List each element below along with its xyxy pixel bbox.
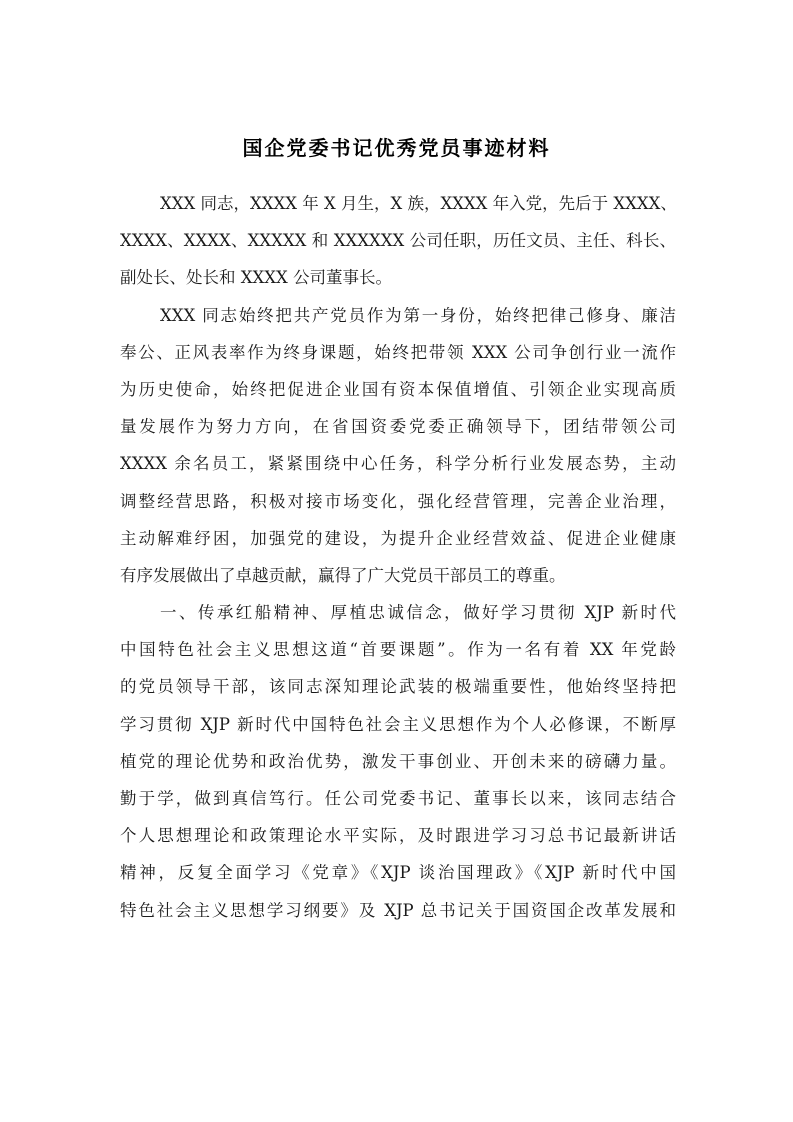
paragraph-line: 学习贯彻 XJP 新时代中国特色社会主义思想作为个人必修课，不断厚 <box>120 706 676 743</box>
document-body: XXX 同志，XXXX 年 X 月生，X 族，XXXX 年入党，先后于 XXXX… <box>120 185 676 929</box>
paragraph-line: 副处长、处长和 XXXX 公司董事长。 <box>120 259 676 296</box>
document-page: 国企党委书记优秀党员事迹材料 XXX 同志，XXXX 年 X 月生，X 族，XX… <box>0 0 793 1122</box>
document-title: 国企党委书记优秀党员事迹材料 <box>0 132 793 161</box>
paragraph-line: XXXX、XXXX、XXXXX 和 XXXXXX 公司任职，历任文员、主任、科长… <box>120 222 676 259</box>
paragraph-line: 量发展作为努力方向，在省国资委党委正确领导下，团结带领公司 <box>120 408 676 445</box>
paragraph-line: 为历史使命，始终把促进企业国有资本保值增值、引领企业实现高质 <box>120 371 676 408</box>
paragraph-line: 植党的理论优势和政治优势，激发干事创业、开创未来的磅礴力量。 <box>120 743 676 780</box>
paragraph-line: XXX 同志，XXXX 年 X 月生，X 族，XXXX 年入党，先后于 XXXX… <box>120 185 676 222</box>
paragraph-line: 特色社会主义思想学习纲要》及 XJP 总书记关于国资国企改革发展和 <box>120 892 676 929</box>
paragraph-line: 的党员领导干部，该同志深知理论武装的极端重要性，他始终坚持把 <box>120 668 676 705</box>
paragraph-line: 有序发展做出了卓越贡献，赢得了广大党员干部员工的尊重。 <box>120 557 676 594</box>
paragraph-3: 一、传承红船精神、厚植忠诚信念，做好学习贯彻 XJP 新时代 中国特色社会主义思… <box>120 594 676 929</box>
paragraph-line: 奉公、正风表率作为终身课题，始终把带领 XXX 公司争创行业一流作 <box>120 334 676 371</box>
paragraph-line: 主动解难纾困，加强党的建设，为提升企业经营效益、促进企业健康 <box>120 520 676 557</box>
paragraph-line: 个人思想理论和政策理论水平实际，及时跟进学习习总书记最新讲话 <box>120 817 676 854</box>
paragraph-line: 精神，反复全面学习《党章》《XJP 谈治国理政》《XJP 新时代中国 <box>120 854 676 891</box>
paragraph-line: 勤于学，做到真信笃行。任公司党委书记、董事长以来，该同志结合 <box>120 780 676 817</box>
paragraph-line: XXXX 余名员工，紧紧围绕中心任务，科学分析行业发展态势，主动 <box>120 445 676 482</box>
paragraph-line: 调整经营思路，积极对接市场变化，强化经营管理，完善企业治理， <box>120 483 676 520</box>
paragraph-1: XXX 同志，XXXX 年 X 月生，X 族，XXXX 年入党，先后于 XXXX… <box>120 185 676 297</box>
paragraph-2: XXX 同志始终把共产党员作为第一身份，始终把律己修身、廉洁 奉公、正风表率作为… <box>120 297 676 595</box>
paragraph-line: 一、传承红船精神、厚植忠诚信念，做好学习贯彻 XJP 新时代 <box>120 594 676 631</box>
paragraph-line: 中国特色社会主义思想这道“首要课题”。作为一名有着 XX 年党龄 <box>120 631 676 668</box>
paragraph-line: XXX 同志始终把共产党员作为第一身份，始终把律己修身、廉洁 <box>120 297 676 334</box>
